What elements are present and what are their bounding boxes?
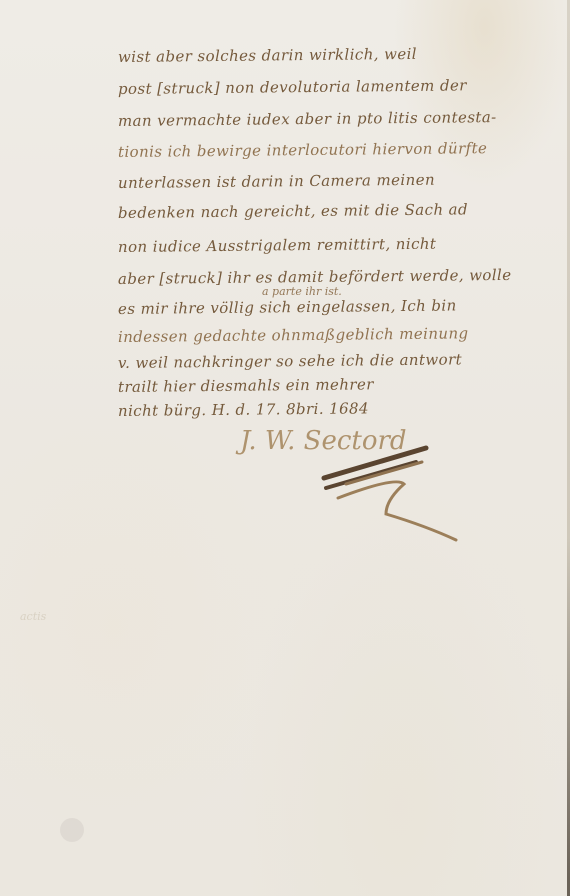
text-line-4: tionis ich bewirge interlocutori hiervon…	[118, 138, 568, 161]
marginal-ghost-text: actis	[20, 610, 46, 623]
text-line-2: post [struck] non devolutoria lamentem d…	[118, 75, 568, 98]
text-line-13-date: nicht bürg. H. d. 17. 8bri. 1684	[118, 399, 418, 420]
manuscript-page: wist aber solches darin wirklich, weil p…	[0, 0, 570, 896]
text-line-7: non iudice Ausstrigalem remittirt, nicht	[118, 233, 568, 256]
text-line-9: es mir ihre völlig sich eingelassen, Ich…	[118, 295, 568, 318]
text-line-12: trailt hier diesmahls ein mehrer	[118, 373, 568, 396]
text-line-8: aber [struck] ihr es damit befördert wer…	[118, 265, 568, 288]
text-line-1: wist aber solches darin wirklich, weil	[118, 43, 568, 66]
paper-stain	[60, 818, 84, 842]
text-line-6: bedenken nach gereicht, es mit die Sach …	[118, 199, 568, 222]
text-line-5: unterlassen ist darin in Camera meinen	[118, 169, 568, 192]
text-line-11: v. weil nachkringer so sehe ich die antw…	[118, 349, 568, 372]
interlinear-note: a parte ihr ist.	[262, 285, 342, 298]
signature-flourish-icon	[236, 418, 466, 548]
text-line-10: indessen gedachte ohnmaßgeblich meinung	[118, 323, 568, 346]
signature: J. W. Sectord	[236, 418, 466, 548]
text-line-3: man vermachte iudex aber in pto litis co…	[118, 107, 568, 130]
